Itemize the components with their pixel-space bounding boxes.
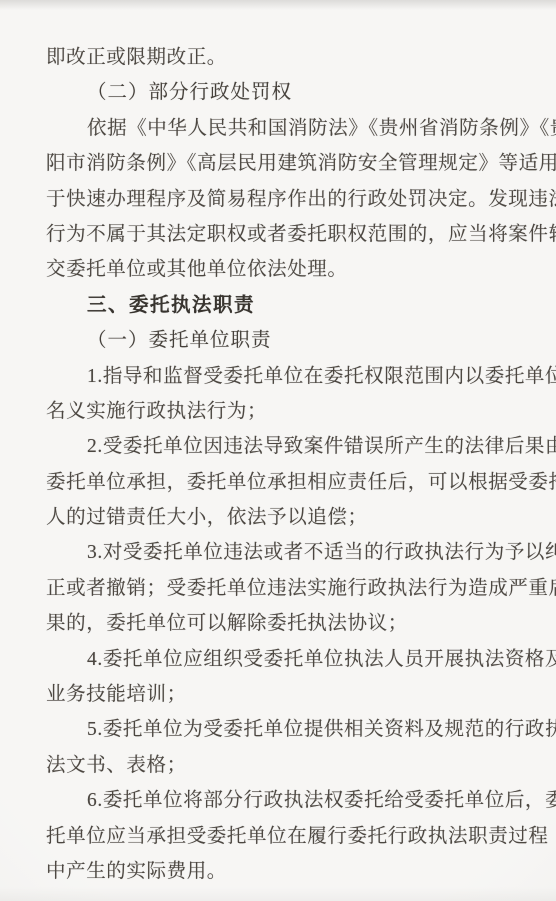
list-item-line: 3.对受委托单位违法或者不适当的行政执法行为予以纠	[46, 535, 532, 570]
text-line: 业务技能培训；	[46, 677, 532, 712]
text-line: 行为不属于其法定职权或者委托职权范围的，应当将案件转	[46, 217, 532, 252]
subsection-heading: （一）委托单位职责	[46, 323, 532, 358]
list-item-line: 1.指导和监督受委托单位在委托权限范围内以委托单位	[46, 359, 532, 394]
text-line: 于快速办理程序及简易程序作出的行政处罚决定。发现违法	[46, 182, 532, 217]
text-line: 果的，委托单位可以解除委托执法协议；	[46, 606, 532, 641]
text-line: 人的过错责任大小，依法予以追偿；	[46, 500, 532, 535]
document-text-block: 即改正或限期改正。 （二）部分行政处罚权 依据《中华人民共和国消防法》《贵州省消…	[46, 40, 532, 889]
text-line: 名义实施行政执法行为；	[46, 394, 532, 429]
text-line: 托单位应当承担受委托单位在履行委托行政执法职责过程	[46, 819, 532, 854]
text-line: 中产生的实际费用。	[46, 854, 532, 889]
text-line: 正或者撤销；受委托单位违法实施行政执法行为造成严重后	[46, 571, 532, 606]
text-line: 委托单位承担，委托单位承担相应责任后，可以根据受委托	[46, 465, 532, 500]
list-item-line: 4.委托单位应组织受委托单位执法人员开展执法资格及	[46, 642, 532, 677]
text-line: 交委托单位或其他单位依法处理。	[46, 252, 532, 287]
subsection-heading: （二）部分行政处罚权	[46, 75, 532, 110]
scanned-document-page: 即改正或限期改正。 （二）部分行政处罚权 依据《中华人民共和国消防法》《贵州省消…	[0, 0, 556, 901]
section-heading: 三、委托执法职责	[46, 288, 532, 323]
text-line: 阳市消防条例》《高层民用建筑消防安全管理规定》等适用	[46, 146, 532, 181]
text-line: 法文书、表格；	[46, 748, 532, 783]
text-line: 即改正或限期改正。	[46, 40, 532, 75]
list-item-line: 2.受委托单位因违法导致案件错误所产生的法律后果由	[46, 429, 532, 464]
list-item-line: 5.委托单位为受委托单位提供相关资料及规范的行政执	[46, 712, 532, 747]
text-line: 依据《中华人民共和国消防法》《贵州省消防条例》《贵	[46, 111, 532, 146]
list-item-line: 6.委托单位将部分行政执法权委托给受委托单位后，委	[46, 783, 532, 818]
